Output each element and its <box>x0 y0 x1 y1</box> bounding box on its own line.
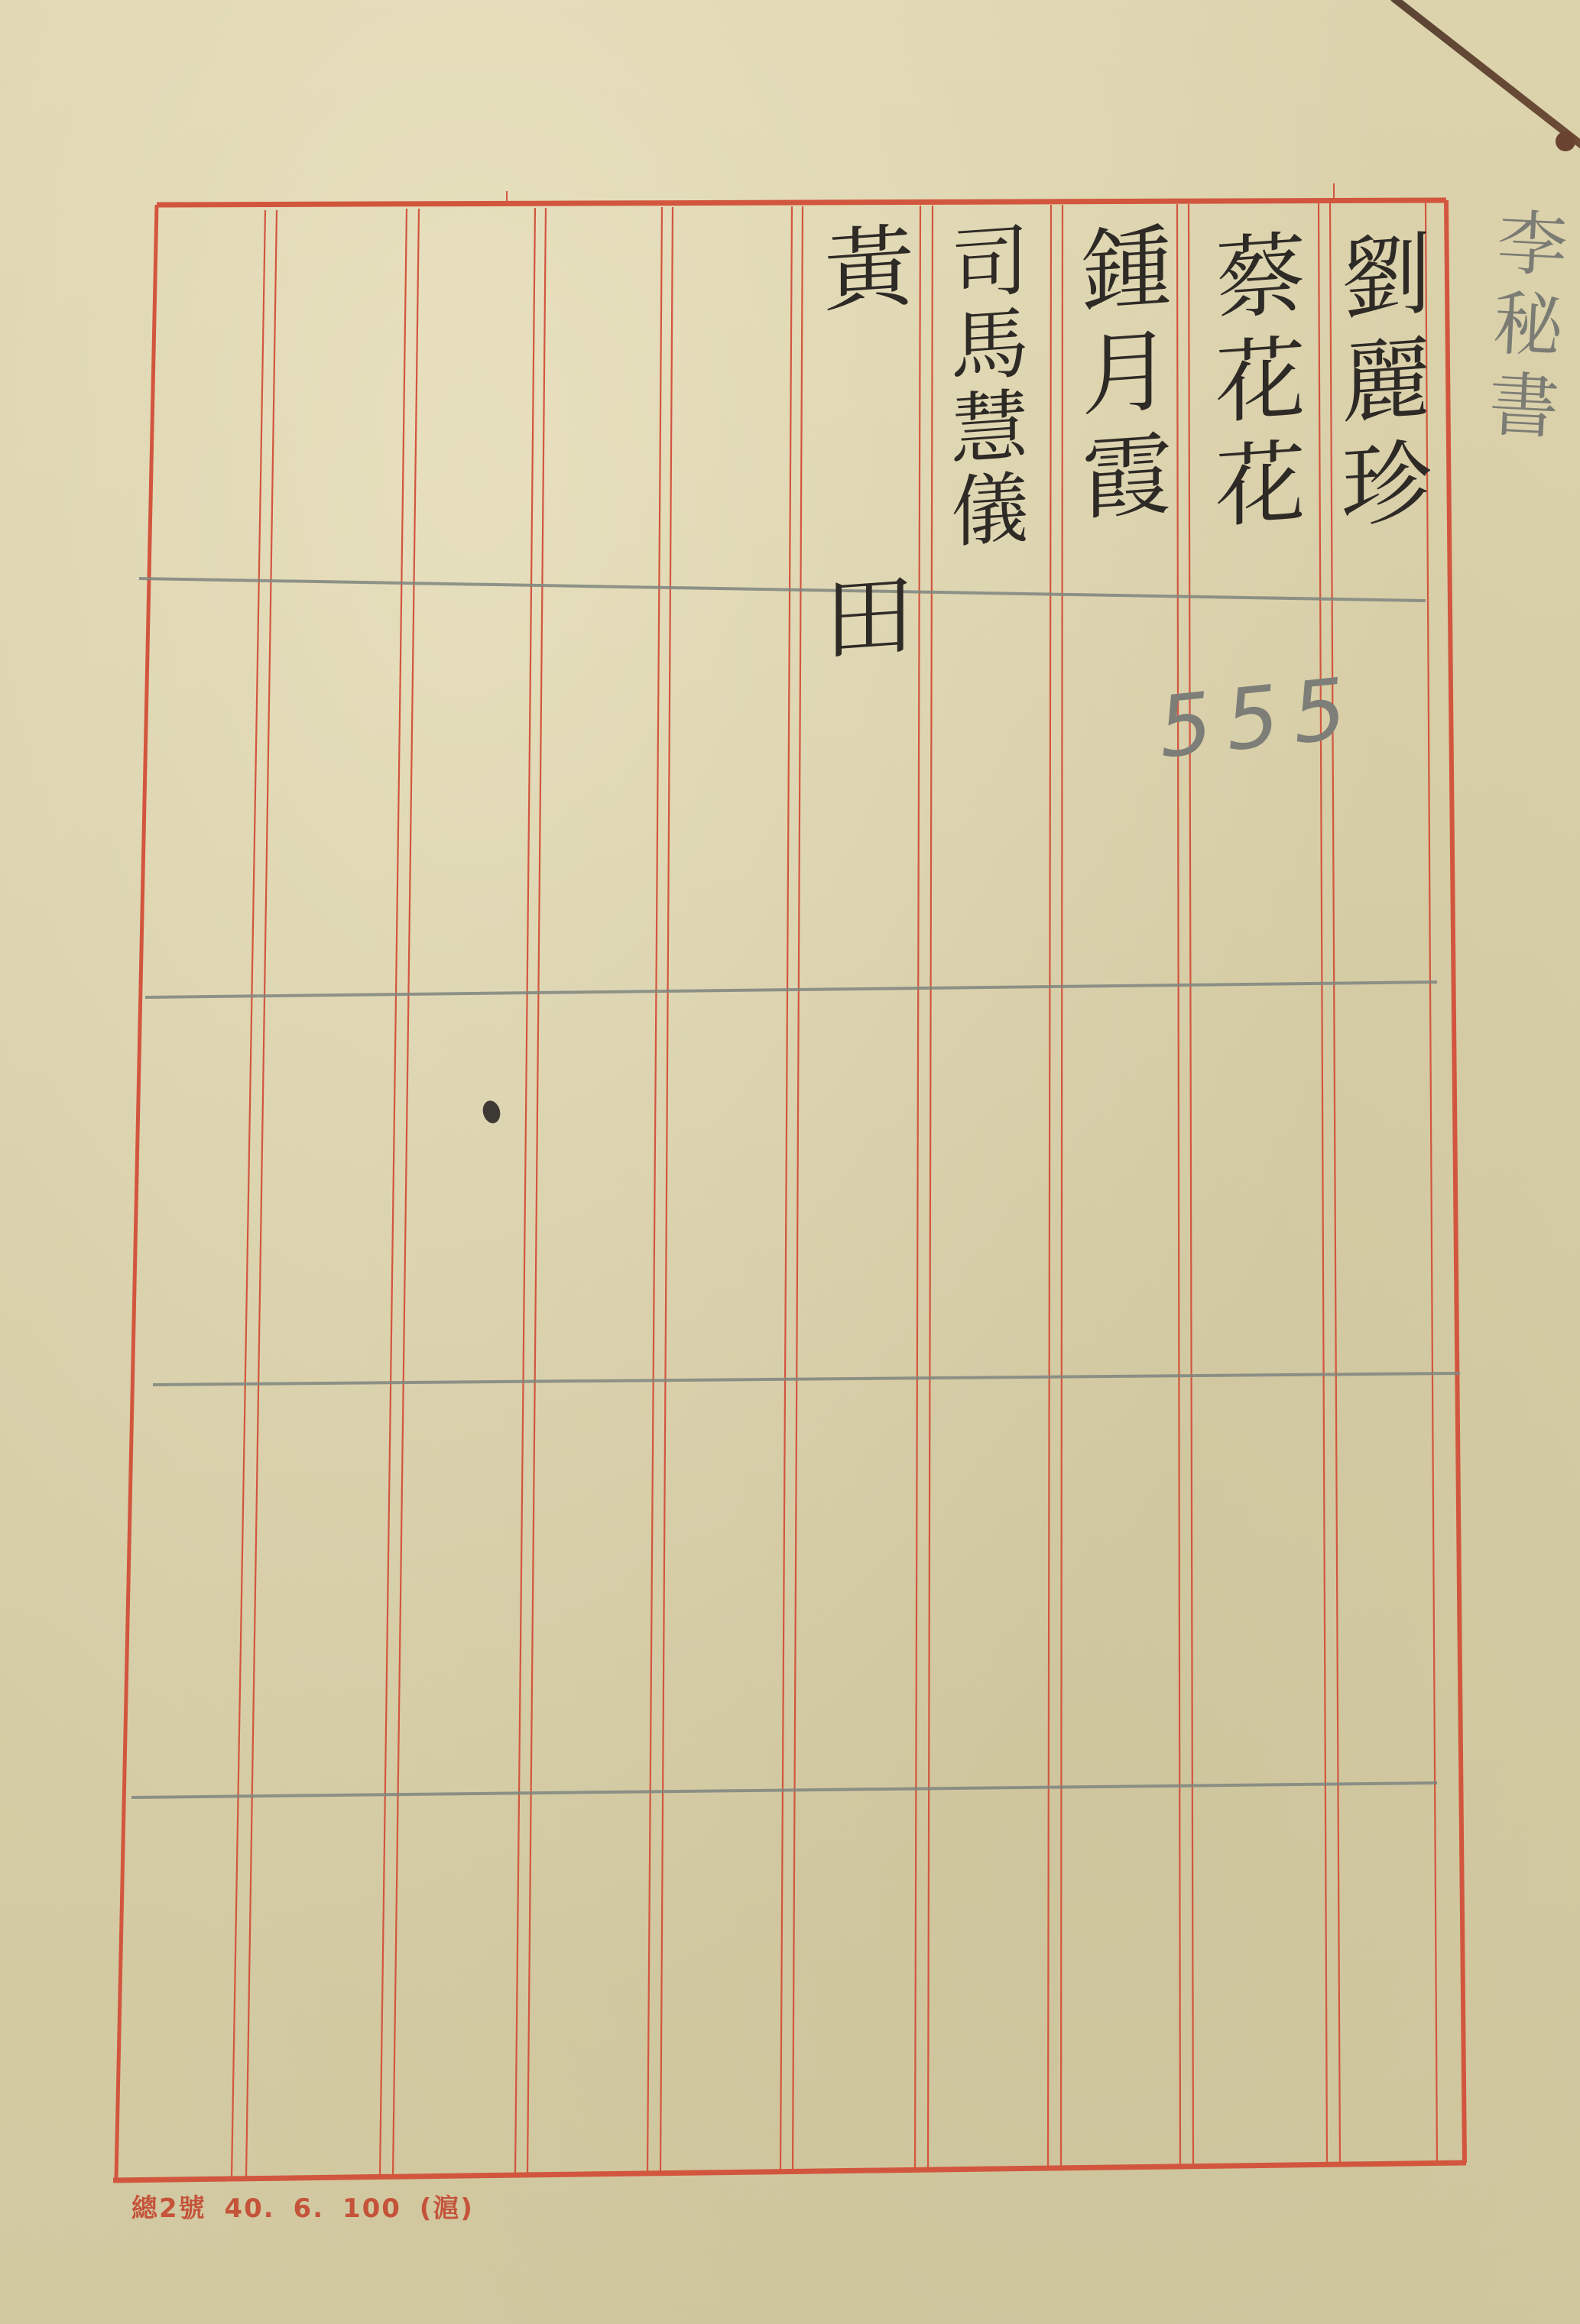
entry-name: 劉麗珍 <box>1334 226 1424 544</box>
frame-right <box>1446 200 1465 2163</box>
frame-left <box>116 205 157 2180</box>
pin-head-icon <box>1556 131 1575 151</box>
pencil-number: 555 <box>1153 659 1364 777</box>
frame-bottom <box>113 2163 1466 2180</box>
frame-top <box>157 200 1446 205</box>
entry-name: 司馬慧儀 <box>944 219 1022 554</box>
footer-print-stamp: 總2號 40. 6. 100 (滬) <box>131 2187 474 2225</box>
entry-name: 鍾月霞 <box>1074 219 1164 536</box>
entry-name: 蔡花花 <box>1208 226 1298 544</box>
entry-name: 黃 田 <box>816 219 907 747</box>
margin-note: 李秘書 <box>1465 204 1578 452</box>
